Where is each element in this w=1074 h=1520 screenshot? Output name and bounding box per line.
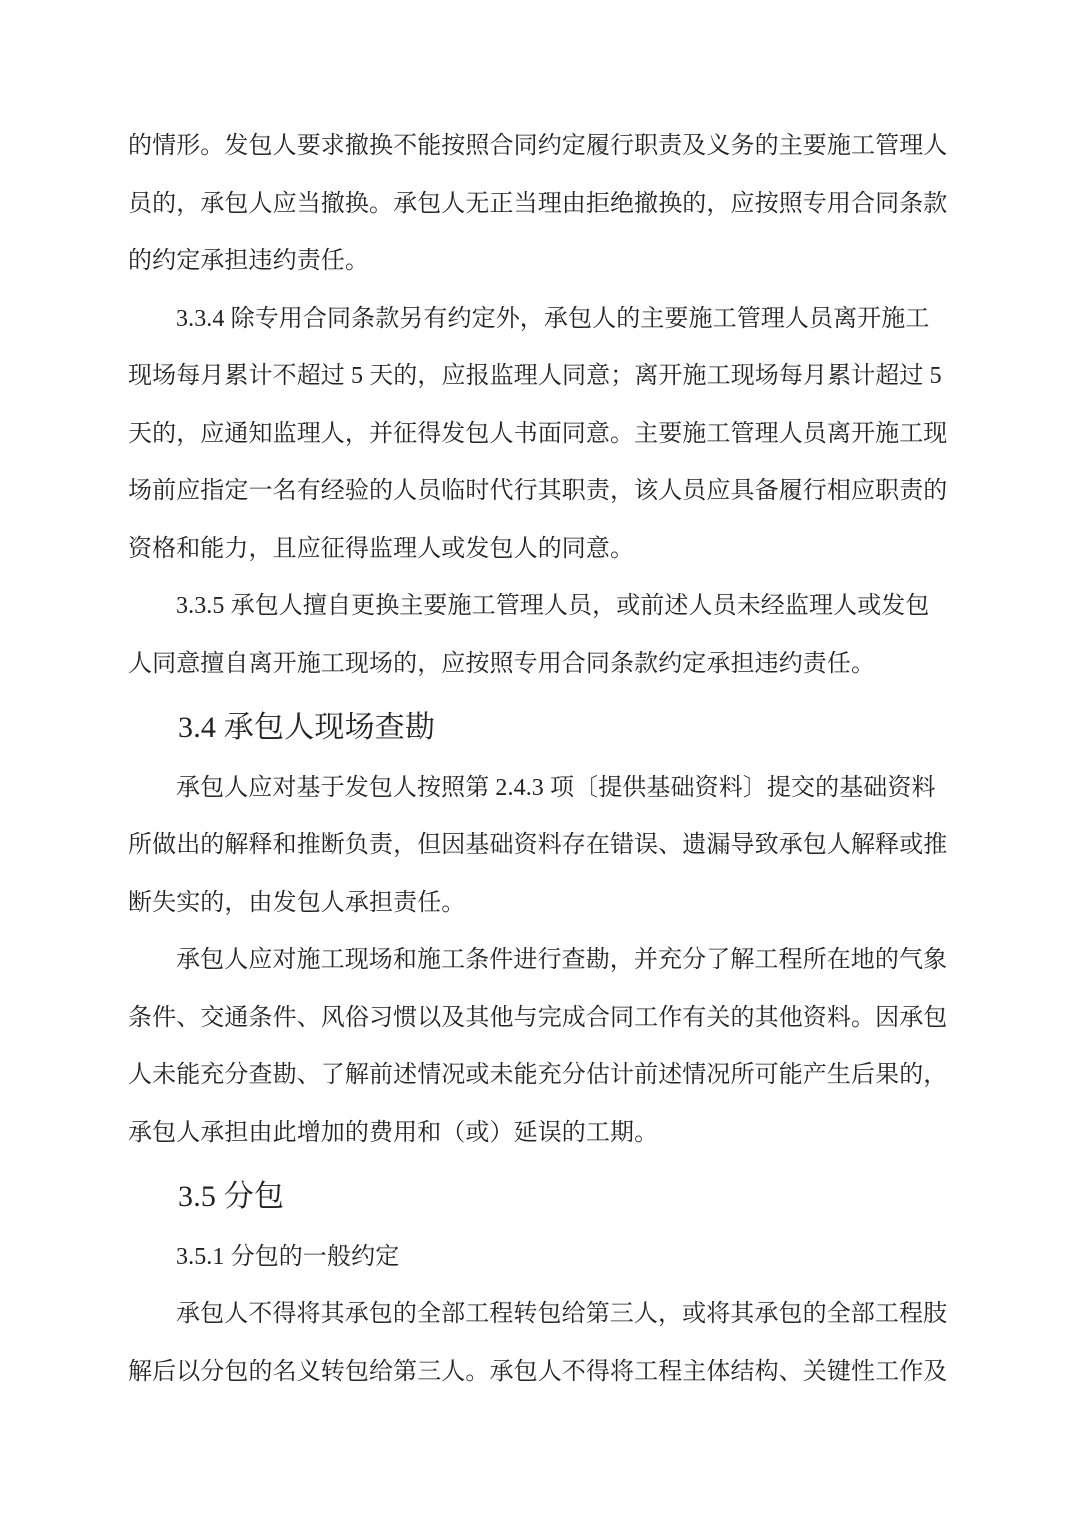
para-3-3-4: 3.3.4 除专用合同条款另有约定外，承包人的主要施工管理人员离开施工现场每月累… xyxy=(128,291,952,579)
text-line: 3.3.4 除专用合同条款另有约定外，承包人的主要施工管理人员离开施工 xyxy=(128,291,952,349)
heading-line: 3.5 分包 xyxy=(128,1168,952,1226)
text-line: 员的，承包人应当撤换。承包人无正当理由拒绝撤换的，应按照专用合同条款 xyxy=(128,176,952,234)
text-line: 天的，应通知监理人，并征得发包人书面同意。主要施工管理人员离开施工现 xyxy=(128,406,952,464)
text-line: 现场每月累计不超过 5 天的，应报监理人同意；离开施工现场每月累计超过 5 xyxy=(128,348,952,406)
text-line: 的约定承担违约责任。 xyxy=(128,233,952,291)
text-line: 条件、交通条件、风俗习惯以及其他与完成合同工作有关的其他资料。因承包 xyxy=(128,990,952,1048)
para-3-5-1-body: 承包人不得将其承包的全部工程转包给第三人，或将其承包的全部工程肢解后以分包的名义… xyxy=(128,1286,952,1401)
heading-3-5: 3.5 分包 xyxy=(128,1168,952,1226)
text-line: 人同意擅自离开施工现场的，应按照专用合同条款约定承担违约责任。 xyxy=(128,636,952,694)
text-line: 人未能充分查勘、了解前述情况或未能充分估计前述情况所可能产生后果的， xyxy=(128,1047,952,1105)
para-3-5-1-title: 3.5.1 分包的一般约定 xyxy=(128,1229,952,1287)
text-line: 3.3.5 承包人擅自更换主要施工管理人员，或前述人员未经监理人或发包 xyxy=(128,578,952,636)
para-3-4-b: 承包人应对施工现场和施工条件进行查勘，并充分了解工程所在地的气象条件、交通条件、… xyxy=(128,932,952,1162)
heading-line: 3.4 承包人现场查勘 xyxy=(128,699,952,757)
heading-3-4: 3.4 承包人现场查勘 xyxy=(128,699,952,757)
text-line: 承包人承担由此增加的费用和（或）延误的工期。 xyxy=(128,1105,952,1163)
text-line: 承包人应对施工现场和施工条件进行查勘，并充分了解工程所在地的气象 xyxy=(128,932,952,990)
para-3-3-3-continuation: 的情形。发包人要求撤换不能按照合同约定履行职责及义务的主要施工管理人员的，承包人… xyxy=(128,118,952,291)
text-line: 断失实的，由发包人承担责任。 xyxy=(128,875,952,933)
text-line: 承包人不得将其承包的全部工程转包给第三人，或将其承包的全部工程肢 xyxy=(128,1286,952,1344)
text-line: 资格和能力，且应征得监理人或发包人的同意。 xyxy=(128,521,952,579)
text-line: 承包人应对基于发包人按照第 2.4.3 项〔提供基础资料〕提交的基础资料 xyxy=(128,760,952,818)
text-line: 的情形。发包人要求撤换不能按照合同约定履行职责及义务的主要施工管理人 xyxy=(128,118,952,176)
document-page: 的情形。发包人要求撤换不能按照合同约定履行职责及义务的主要施工管理人员的，承包人… xyxy=(0,0,1074,1520)
text-line: 所做出的解释和推断负责，但因基础资料存在错误、遗漏导致承包人解释或推 xyxy=(128,817,952,875)
text-line: 解后以分包的名义转包给第三人。承包人不得将工程主体结构、关键性工作及 xyxy=(128,1344,952,1402)
para-3-4-a: 承包人应对基于发包人按照第 2.4.3 项〔提供基础资料〕提交的基础资料所做出的… xyxy=(128,760,952,933)
para-3-3-5: 3.3.5 承包人擅自更换主要施工管理人员，或前述人员未经监理人或发包人同意擅自… xyxy=(128,578,952,693)
text-line: 3.5.1 分包的一般约定 xyxy=(128,1229,952,1287)
text-line: 场前应指定一名有经验的人员临时代行其职责，该人员应具备履行相应职责的 xyxy=(128,463,952,521)
document-content: 的情形。发包人要求撤换不能按照合同约定履行职责及义务的主要施工管理人员的，承包人… xyxy=(128,118,952,1401)
